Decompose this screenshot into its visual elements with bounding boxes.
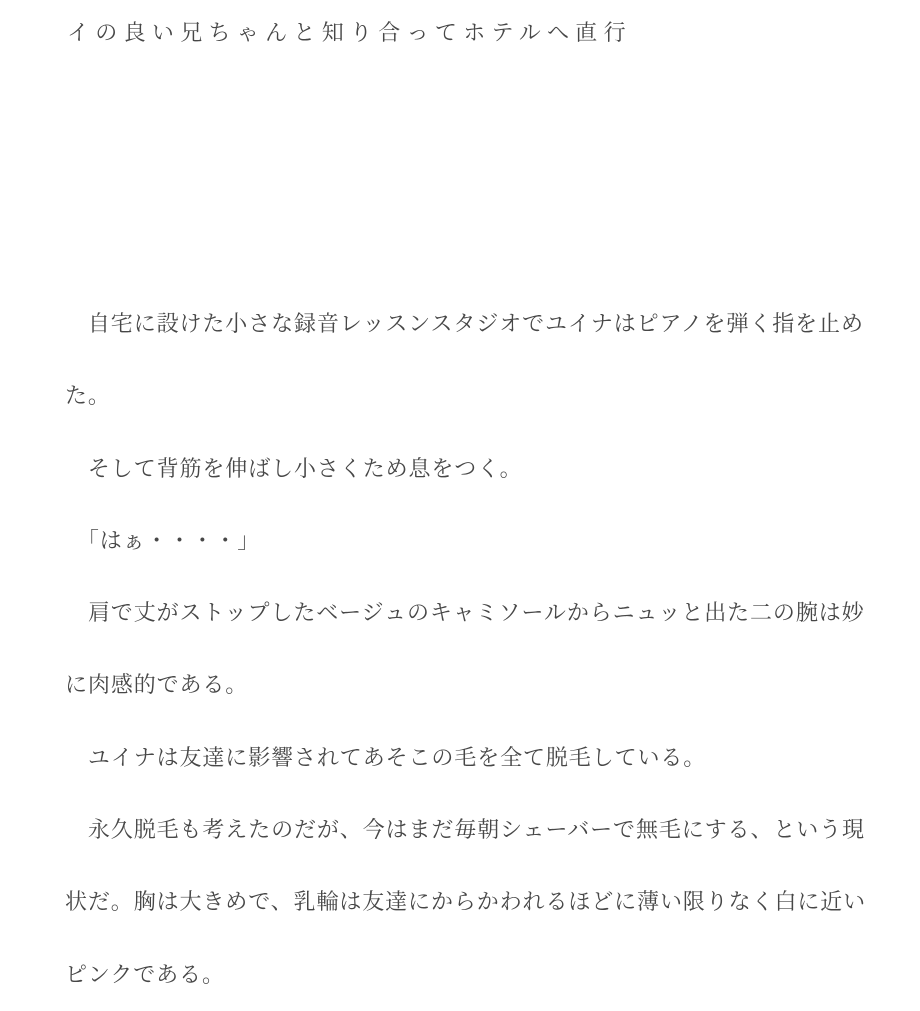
- body-text: 自宅に設けた小さな録音レッスンスタジオでユイナはピアノを弾く指を止めた。 そして…: [65, 288, 895, 1011]
- paragraph: そして背筋を伸ばし小さくため息をつく。: [65, 433, 895, 505]
- paragraph: 肩で丈がストップしたベージュのキャミソールからニュッと出た二の腕は妙に肉感的であ…: [65, 577, 895, 722]
- text-line: ピンクである。: [65, 939, 895, 1011]
- text-line: 永久脱毛も考えたのだが、今はまだ毎朝シェーバーで無毛にする、という現: [65, 794, 895, 866]
- text-line: ユイナは友達に影響されてあそこの毛を全て脱毛している。: [65, 722, 895, 794]
- paragraph: ユイナは友達に影響されてあそこの毛を全て脱毛している。: [65, 722, 895, 794]
- page-title: イの良い兄ちゃんと知り合ってホテルへ直行: [67, 20, 632, 46]
- text-line: 状だ。胸は大きめで、乳輪は友達にからかわれるほどに薄い限りなく白に近い: [65, 866, 895, 938]
- paragraph: 自宅に設けた小さな録音レッスンスタジオでユイナはピアノを弾く指を止めた。: [65, 288, 895, 433]
- paragraph: 「はぁ・・・・」: [65, 505, 895, 577]
- text-line: 自宅に設けた小さな録音レッスンスタジオでユイナはピアノを弾く指を止め: [65, 288, 895, 360]
- text-line: に肉感的である。: [65, 649, 895, 721]
- text-line: 「はぁ・・・・」: [65, 505, 895, 577]
- page: イの良い兄ちゃんと知り合ってホテルへ直行 自宅に設けた小さな録音レッスンスタジオ…: [0, 0, 920, 1011]
- text-line: そして背筋を伸ばし小さくため息をつく。: [65, 433, 895, 505]
- text-line: た。: [65, 360, 895, 432]
- text-line: 肩で丈がストップしたベージュのキャミソールからニュッと出た二の腕は妙: [65, 577, 895, 649]
- paragraph: 永久脱毛も考えたのだが、今はまだ毎朝シェーバーで無毛にする、という現状だ。胸は大…: [65, 794, 895, 1011]
